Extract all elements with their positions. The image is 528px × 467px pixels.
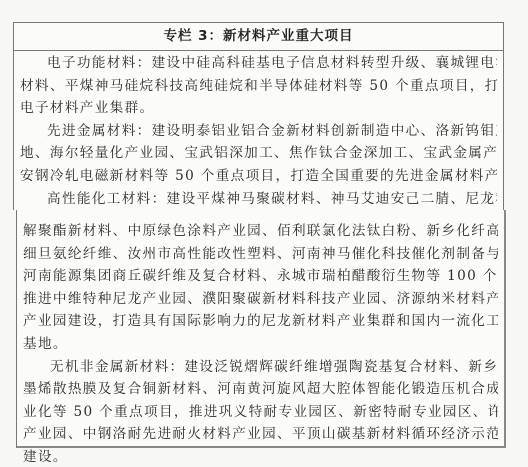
panel-top-section: 专栏 3：新材料产业重大项目 电子功能材料：建设中硅高科硅基电子信息材料转型升级… bbox=[13, 22, 504, 210]
text-line: 解聚酯新材料、中原绿色涂料产业园、佰利联氯化法钛白粉、新乡化纤高品质超 bbox=[23, 220, 498, 243]
panel-body-top: 电子功能材料：建设中硅高科硅基电子信息材料转型升级、襄城锂电池负极 材料、平煤神… bbox=[14, 51, 503, 233]
text-line: 产业园建设，打造具有国际影响力的尼龙新材料产业集群和国内一流化工新材料 bbox=[23, 310, 498, 333]
text-line: 无机非金属新材料：建设泛锐熠辉碳纤维增强陶瓷基复合材料、新乡烯力石 bbox=[23, 356, 498, 379]
text-line: 地、海尔轻量化产业园、宝武铝深加工、焦作钛合金深加工、宝武金属产业园、 bbox=[20, 142, 497, 165]
text-line: 材料、平煤神马硅烷科技高纯硅烷和半导体硅材料等 50 个重点项目，打造千亿级 bbox=[20, 75, 497, 98]
text-line: 细旦氨纶纤维、汝州市高性能改性塑料、河南神马催化科技催化剂制备与再生、 bbox=[23, 243, 498, 266]
panel-bottom-section: 解聚酯新材料、中原绿色涂料产业园、佰利联氯化法钛白粉、新乡化纤高品质超 细旦氨纶… bbox=[16, 210, 506, 448]
paragraph-inorganic-materials: 无机非金属新材料：建设泛锐熠辉碳纤维增强陶瓷基复合材料、新乡烯力石 墨烯散热膜及… bbox=[17, 356, 504, 467]
paragraph-chemical-materials-part2: 解聚酯新材料、中原绿色涂料产业园、佰利联氯化法钛白粉、新乡化纤高品质超 细旦氨纶… bbox=[17, 220, 504, 356]
paragraph-electronic-materials: 电子功能材料：建设中硅高科硅基电子信息材料转型升级、襄城锂电池负极 材料、平煤神… bbox=[14, 52, 503, 120]
paragraph-metal-materials: 先进金属材料：建设明泰铝业铝合金新材料创新制造中心、洛新钨钼产业基 地、海尔轻量… bbox=[14, 120, 503, 188]
text-line: 电子功能材料：建设中硅高科硅基电子信息材料转型升级、襄城锂电池负极 bbox=[20, 52, 497, 75]
panel-title: 专栏 3：新材料产业重大项目 bbox=[14, 23, 503, 51]
text-line: 建设。 bbox=[23, 446, 498, 467]
text-line: 先进金属材料：建设明泰铝业铝合金新材料创新制造中心、洛新钨钼产业基 bbox=[20, 120, 497, 143]
text-line: 河南能源集团商丘碳纤维及复合材料、永城市瑞柏醋酸衍生物等 100 个重点项目， bbox=[23, 265, 498, 288]
text-line: 推进中维特种尼龙产业园、濮阳聚碳新材料科技产业园、济源纳米材料产业园等 bbox=[23, 288, 498, 311]
text-line: 产业园、中钢洛耐先进耐火材料产业园、平顶山碳基新材料循环经济示范园等 bbox=[23, 423, 498, 446]
text-line: 高性能化工材料：建设平煤神马聚碳材料、神马艾迪安己二腈、尼龙科技己 bbox=[20, 188, 497, 211]
text-line: 基地。 bbox=[23, 333, 498, 356]
panel-body-bottom: 解聚酯新材料、中原绿色涂料产业园、佰利联氯化法钛白粉、新乡化纤高品质超 细旦氨纶… bbox=[17, 210, 504, 467]
text-line: 墨烯散热膜及复合铜新材料、河南黄河旋风超大腔体智能化锻造压机合成钻石产 bbox=[23, 378, 498, 401]
text-line: 安钢冷轧电磁新材料等 50 个重点项目，打造全国重要的先进金属材料产业基地。 bbox=[20, 165, 497, 188]
text-line: 业化等 50 个重点项目，推进巩义特耐专业园区、新密特耐专业园区、许昌新材料 bbox=[23, 401, 498, 424]
text-line: 电子材料产业集群。 bbox=[20, 97, 497, 120]
